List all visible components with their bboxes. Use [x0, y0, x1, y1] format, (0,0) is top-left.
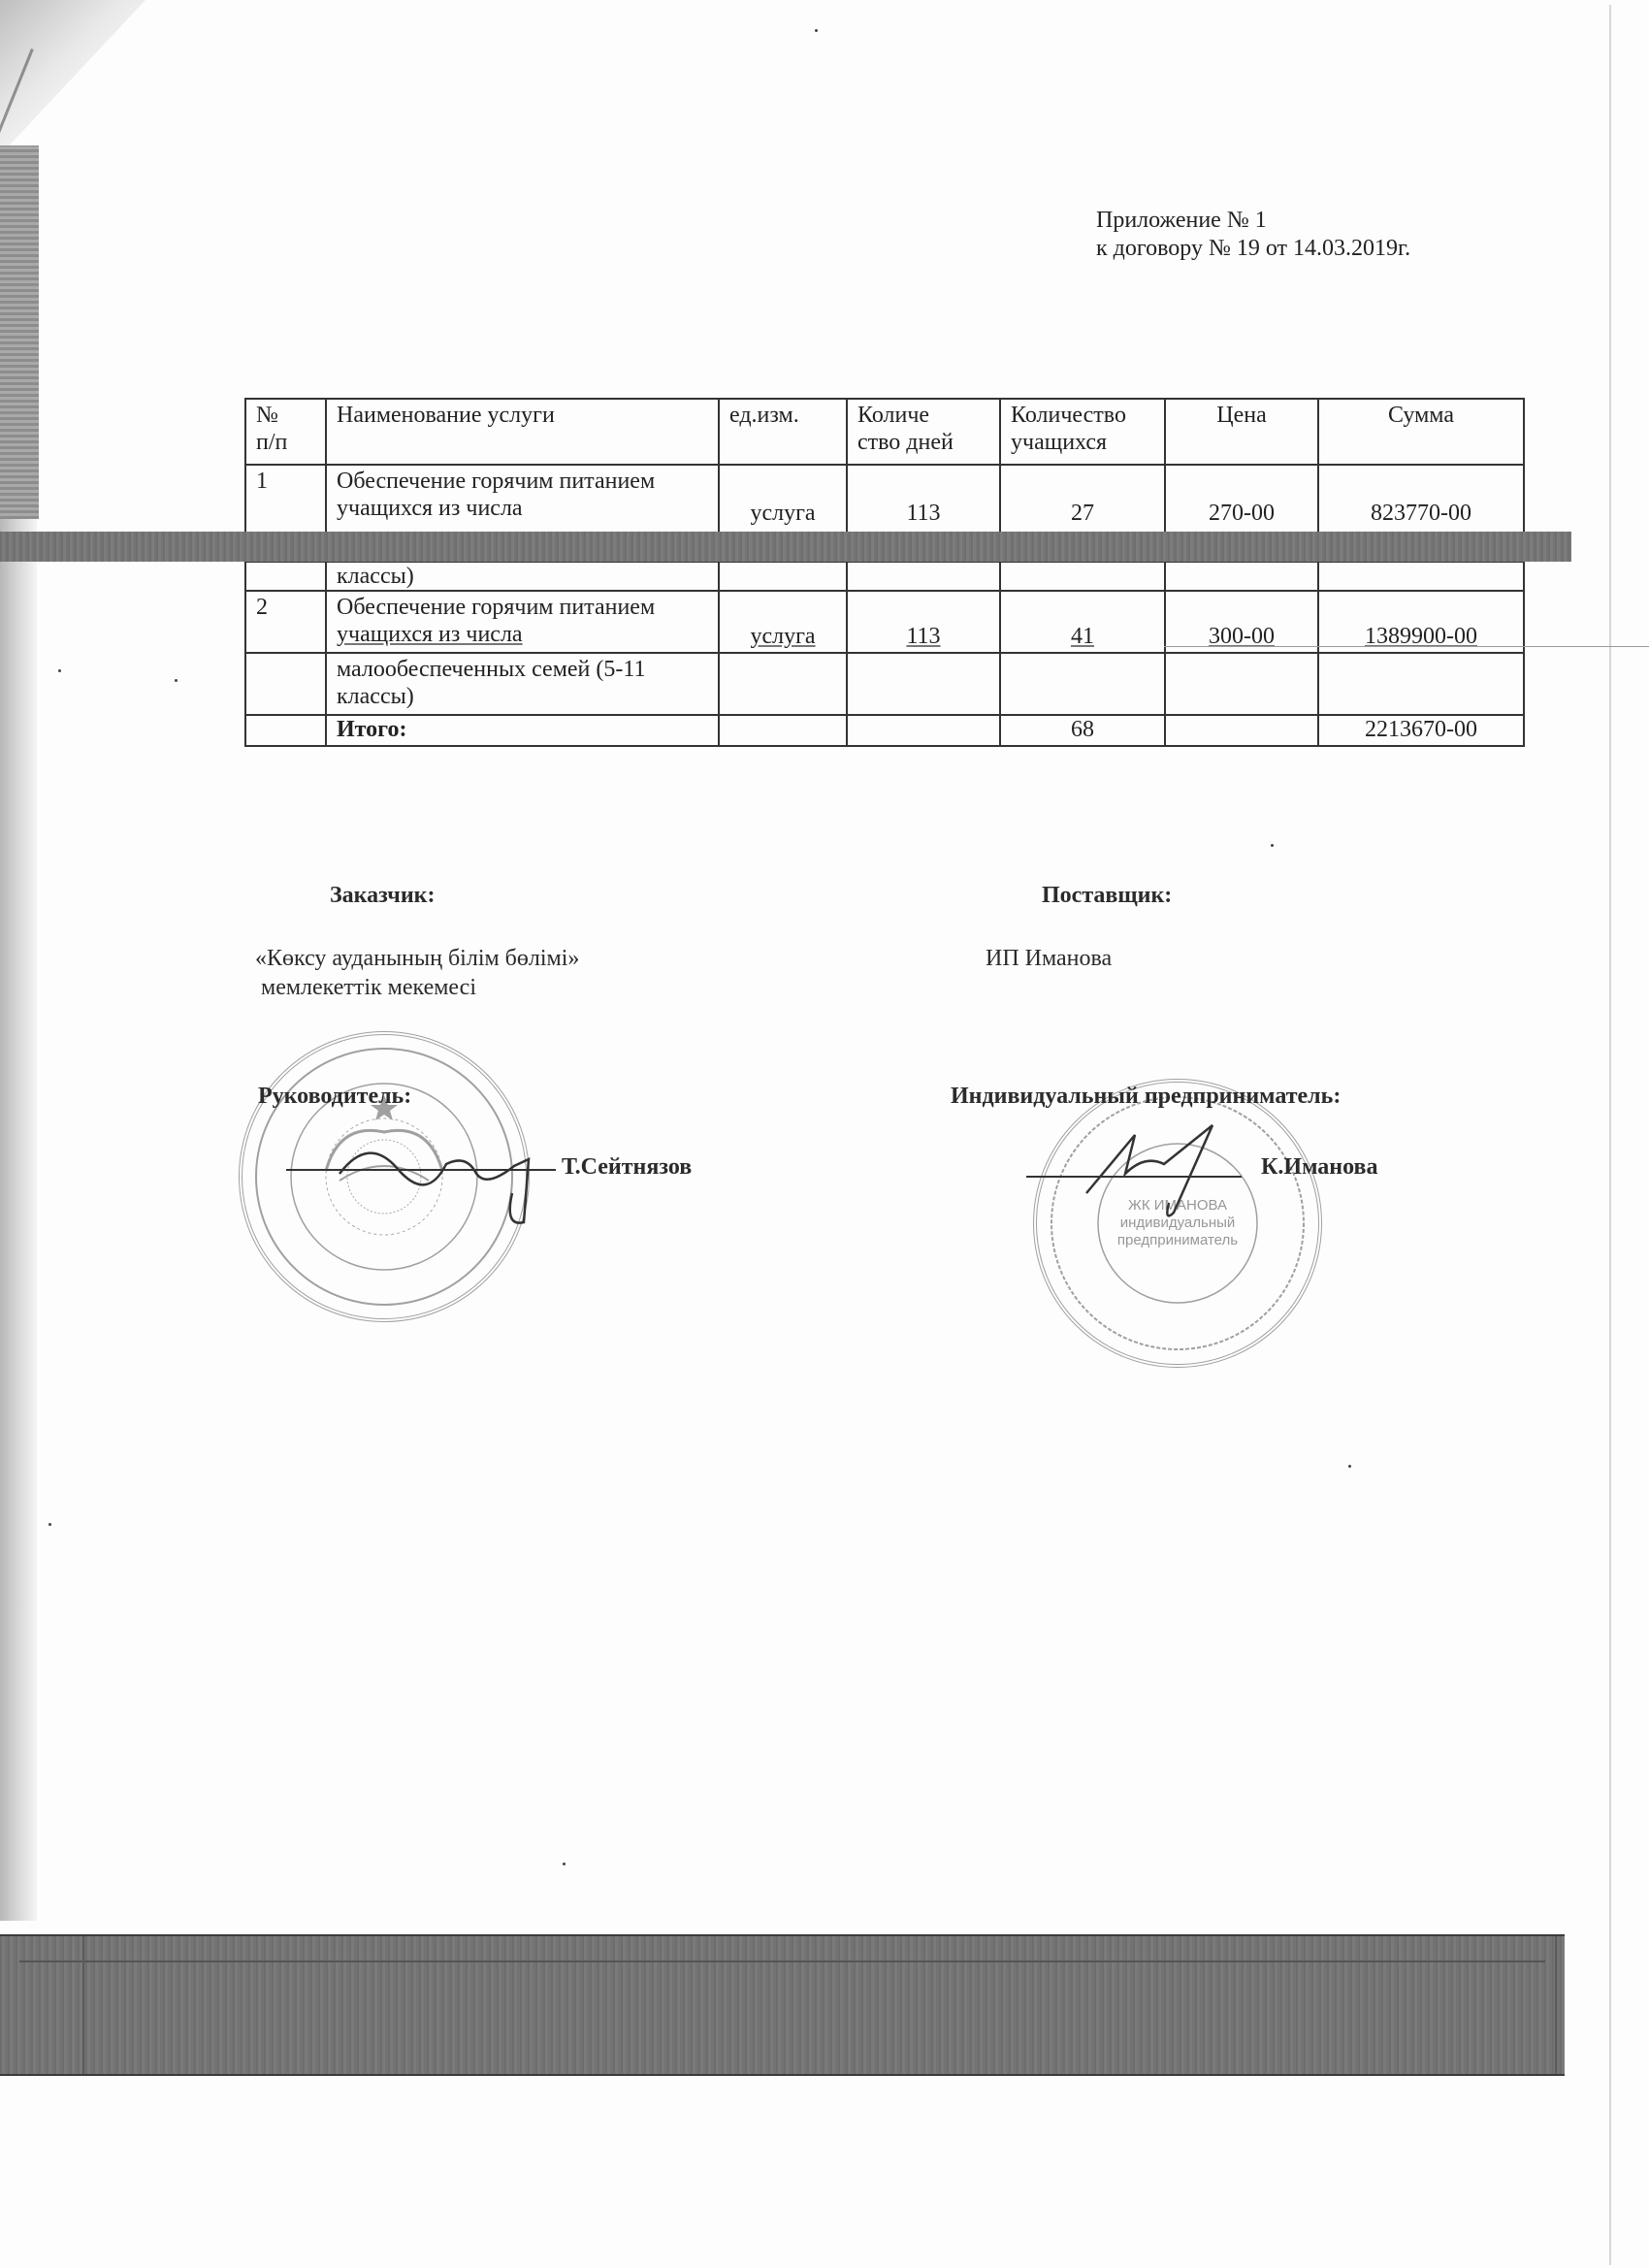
col-header-days-l1: Количе [857, 402, 989, 429]
supplier-org-name: ИП Иманова [986, 944, 1112, 973]
service-name-line: учащихся из числа [337, 621, 708, 648]
empty-cell [245, 562, 326, 591]
empty-cell [1165, 562, 1318, 591]
supplier-heading: Поставщик: [1042, 883, 1172, 909]
row-service-name-cont: малообеспеченных семей (5-11 классы) [326, 653, 719, 715]
supplier-signatory: К.Иманова [1261, 1154, 1377, 1181]
scan-band-bottom [0, 1934, 1565, 2076]
table-row-continuation: классы) [245, 562, 1524, 591]
col-header-number-l2: п/п [256, 429, 315, 456]
empty-cell [847, 715, 1000, 746]
service-name-line: Обеспечение горячим питанием [337, 468, 708, 495]
row-unit: услуга [719, 591, 847, 653]
col-header-number: № п/п [245, 399, 326, 465]
services-table: № п/п Наименование услуги ед.изм. Количе… [244, 398, 1525, 747]
service-name-line: Обеспечение горячим питанием [337, 594, 708, 621]
customer-heading: Заказчик: [330, 883, 435, 909]
empty-cell [1000, 562, 1165, 591]
empty-cell [847, 562, 1000, 591]
ghost-line [19, 1960, 1545, 1962]
appendix-number: Приложение № 1 [1096, 207, 1410, 235]
appendix-heading: Приложение № 1 к договору № 19 от 14.03.… [1096, 207, 1410, 263]
col-header-number-l1: № [256, 402, 315, 429]
row-number: 2 [245, 591, 326, 653]
col-header-students-l1: Количество [1011, 402, 1154, 429]
customer-signature-icon [330, 1116, 563, 1232]
table-header-row: № п/п Наименование услуги ед.изм. Количе… [245, 399, 1524, 465]
col-header-days: Количе ство дней [847, 399, 1000, 465]
ghost-line [1555, 1936, 1557, 2074]
total-label: Итого: [326, 715, 719, 746]
empty-cell [1165, 715, 1318, 746]
empty-cell [719, 715, 847, 746]
col-header-sum: Сумма [1318, 399, 1524, 465]
row-price: 300-00 [1165, 591, 1318, 653]
empty-cell [1165, 653, 1318, 715]
empty-cell [1318, 653, 1524, 715]
customer-role: Руководитель: [258, 1084, 411, 1110]
customer-org-type: мемлекеттік мекемесі [255, 973, 476, 1002]
contract-reference: к договору № 19 от 14.03.2019г. [1096, 235, 1410, 263]
row-sum: 1389900-00 [1318, 591, 1524, 653]
table-row: 2 Обеспечение горячим питанием учащихся … [245, 591, 1524, 653]
service-name-tail: классы) [326, 562, 719, 591]
col-header-unit: ед.изм. [719, 399, 847, 465]
scan-band [0, 532, 1571, 562]
empty-cell [245, 715, 326, 746]
col-header-students-l2: учащихся [1011, 429, 1154, 456]
col-header-price: Цена [1165, 399, 1318, 465]
empty-cell [847, 653, 1000, 715]
customer-signatory: Т.Сейтнязов [562, 1154, 692, 1181]
row-students: 41 [1000, 591, 1165, 653]
empty-cell [1318, 562, 1524, 591]
empty-cell [1000, 653, 1165, 715]
ghost-line [82, 1936, 84, 2074]
customer-org-name: «Көксу ауданының білім бөлімі» [255, 944, 579, 973]
table-row-continuation: малообеспеченных семей (5-11 классы) [245, 653, 1524, 715]
empty-cell [719, 653, 847, 715]
scan-right-edge [1609, 5, 1611, 2265]
stamp-center-role: предприниматель [1117, 1232, 1238, 1249]
col-header-students: Количество учащихся [1000, 399, 1165, 465]
supplier-signature-icon [1077, 1116, 1251, 1232]
empty-cell [245, 653, 326, 715]
supplier-role: Индивидуальный предприниматель: [951, 1084, 1341, 1110]
col-header-name: Наименование услуги [326, 399, 719, 465]
service-name-line: учащихся из числа [337, 495, 708, 522]
service-name-line: малообеспеченных семей (5-11 [337, 656, 708, 683]
col-header-days-l2: ство дней [857, 429, 989, 456]
total-students: 68 [1000, 715, 1165, 746]
row-days: 113 [847, 591, 1000, 653]
scan-stray-line [1164, 646, 1649, 647]
table-total-row: Итого: 68 2213670-00 [245, 715, 1524, 746]
scan-left-edge-dark [0, 146, 39, 519]
service-name-line: классы) [337, 683, 708, 710]
total-sum: 2213670-00 [1318, 715, 1524, 746]
row-service-name: Обеспечение горячим питанием учащихся из… [326, 591, 719, 653]
empty-cell [719, 562, 847, 591]
